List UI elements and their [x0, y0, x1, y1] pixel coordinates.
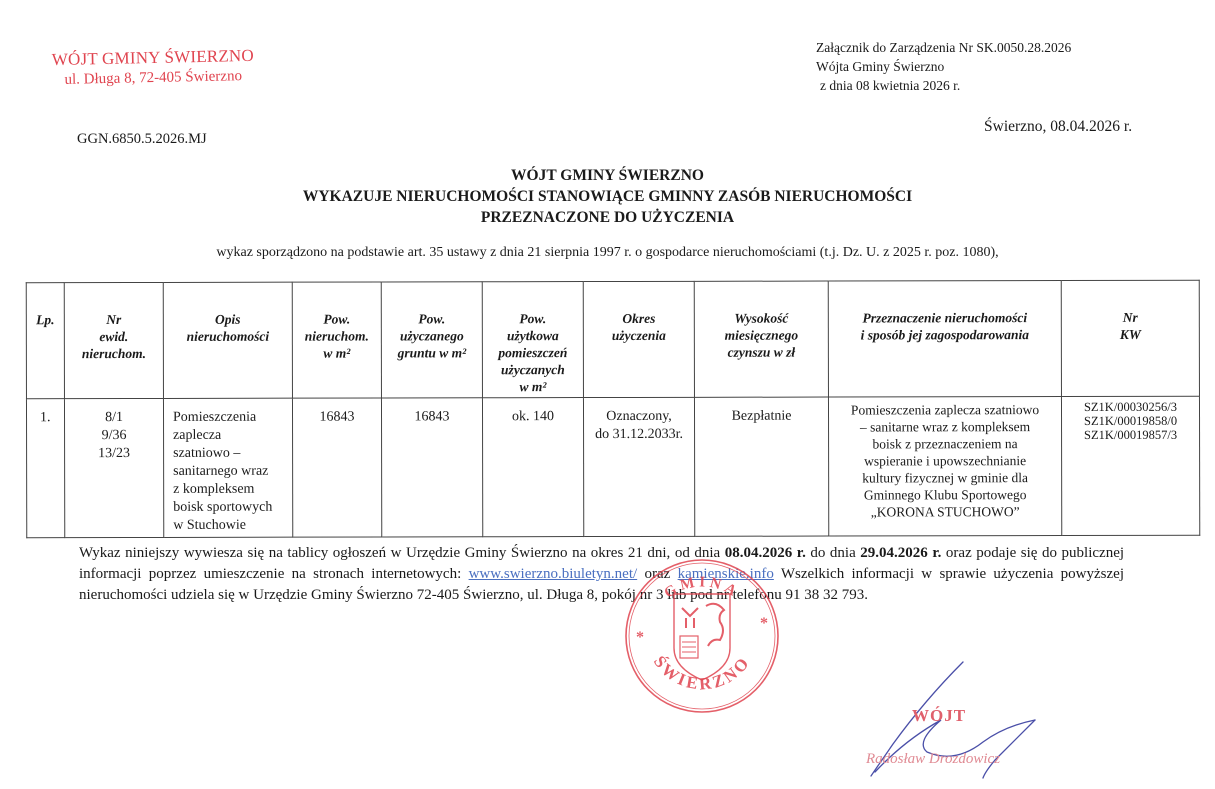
signature-name: Radosław Drozdowicz [866, 751, 1000, 768]
document-heading: WÓJT GMINY ŚWIERZNO WYKAZUJE NIERUCHOMOŚ… [0, 165, 1215, 228]
column-header-usable-area: Pow.użytkowapomieszczeńużyczanychw m² [482, 282, 583, 398]
cell-line: „KORONA STUCHOWO” [829, 503, 1061, 520]
column-header-monthly-rent: Wysokośćmiesięcznegoczynszu w zł [694, 281, 828, 397]
header-line: użyczanego [382, 327, 482, 344]
place-date: Świerzno, 08.04.2026 r. [984, 118, 1132, 136]
cell-line: Pomieszczenia [173, 409, 292, 427]
signature-title: WÓJT [912, 706, 966, 726]
cell-line: sanitarnego wraz [173, 463, 292, 481]
header-line: ewid. [65, 328, 163, 345]
cell-line: kultury fizycznej w gminie dla [829, 469, 1061, 486]
municipal-seal-icon: * * GMINA ŚWIERZNO [622, 556, 782, 716]
header-line: czynszu w zł [695, 344, 828, 361]
cell-line: SZ1K/00019857/3 [1062, 428, 1199, 442]
heading-line-2: WYKAZUJE NIERUCHOMOŚCI STANOWIĄCE GMINNY… [0, 186, 1215, 207]
cell-line: 9/36 [65, 427, 163, 445]
header-line: gruntu w m² [382, 344, 482, 361]
column-header-property-area: Pow.nieruchom.w m² [292, 282, 381, 398]
header-line: i sposób jej zagospodarowania [829, 326, 1061, 343]
svg-text:*: * [636, 629, 644, 646]
stamp-address: ul. Długa 8, 72-405 Świerzno [52, 68, 254, 89]
cell-parcel-numbers: 8/19/3613/23 [64, 398, 163, 537]
header-line: KW [1062, 326, 1199, 343]
header-line: Opis [164, 311, 292, 328]
reference-number: GGN.6850.5.2026.MJ [77, 131, 207, 148]
header-line: użyczenia [584, 327, 694, 344]
annex-line-2: Wójta Gminy Świerzno [816, 57, 1071, 76]
column-header-land-register: NrKW [1061, 280, 1199, 396]
cell-purpose: Pomieszczenia zaplecza szatniowo– sanita… [828, 397, 1061, 536]
cell-lent-land-area: 16843 [381, 398, 482, 537]
column-header-lent-land-area: Pow.użyczanegogruntu w m² [381, 282, 482, 398]
header-line: nieruchom. [293, 327, 381, 344]
header-line: Pow. [382, 310, 482, 327]
cell-line: szatniowo – [173, 445, 292, 463]
table-header-row: Lp.Nrewid.nieruchom.OpisnieruchomościPow… [26, 280, 1199, 398]
column-header-parcel-number: Nrewid.nieruchom. [64, 282, 163, 398]
cell-line: boisk sportowych [173, 499, 292, 517]
svg-text:GMINA: GMINA [662, 574, 743, 601]
column-header-purpose: Przeznaczenie nieruchomościi sposób jej … [828, 281, 1061, 397]
cell-line: SZ1K/00019858/0 [1062, 414, 1199, 428]
annex-note: Załącznik do Zarządzenia Nr SK.0050.28.2… [816, 38, 1071, 95]
cell-lp: 1. [26, 399, 64, 538]
cell-line: Pomieszczenia zaplecza szatniowo [829, 401, 1061, 418]
cell-line: Oznaczony, [584, 408, 694, 426]
header-line: pomieszczeń [483, 344, 583, 361]
cell-line: SZ1K/00030256/3 [1062, 400, 1199, 414]
cell-line: zaplecza [173, 427, 292, 445]
header-line: nieruchom. [65, 345, 163, 362]
cell-usable-area: ok. 140 [482, 398, 583, 537]
header-line: Lp. [27, 311, 64, 328]
heading-line-1: WÓJT GMINY ŚWIERZNO [0, 165, 1215, 186]
office-stamp: WÓJT GMINY ŚWIERZNO ul. Długa 8, 72-405 … [52, 46, 255, 89]
legal-basis: wykaz sporządzono na podstawie art. 35 u… [0, 245, 1215, 261]
cell-land-registers: SZ1K/00030256/3SZ1K/00019858/0SZ1K/00019… [1061, 396, 1199, 535]
cell-line: do 31.12.2033r. [584, 426, 694, 444]
header-line: miesięcznego [695, 327, 828, 344]
header-line: Pow. [483, 310, 583, 327]
cell-lending-period: Oznaczony,do 31.12.2033r. [583, 397, 694, 536]
link-biuletyn[interactable]: www.swierzno.biuletyn.net/ [469, 566, 638, 582]
publication-note: Wykaz niniejszy wywiesza się na tablicy … [79, 543, 1124, 606]
cell-description: Pomieszczeniazapleczaszatniowo –sanitarn… [163, 398, 292, 537]
svg-text:ŚWIERZNO: ŚWIERZNO [650, 652, 754, 694]
cell-line: Gminnego Klubu Sportowego [829, 486, 1061, 503]
stamp-title: WÓJT GMINY ŚWIERZNO [52, 46, 254, 70]
header-line: Nr [65, 311, 163, 328]
header-line: użytkowa [483, 327, 583, 344]
header-line: w m² [483, 378, 583, 395]
cell-line: boisk z przeznaczeniem na [829, 435, 1061, 452]
date-to: 29.04.2026 r. [860, 545, 941, 561]
cell-line: 8/1 [65, 409, 163, 427]
header-line: Nr [1062, 309, 1199, 326]
cell-line: z kompleksem [173, 481, 292, 499]
header-line: Okres [584, 310, 694, 327]
cell-line: w Stuchowie [173, 517, 292, 535]
header-line: Przeznaczenie nieruchomości [829, 309, 1061, 326]
cell-line: wspieranie i upowszechnianie [829, 452, 1061, 469]
table-row: 1.8/19/3613/23Pomieszczeniazapleczaszatn… [26, 396, 1199, 537]
svg-text:*: * [760, 615, 768, 632]
cell-line: 13/23 [65, 445, 163, 463]
footer-text: do dnia [806, 545, 860, 561]
header-line: Wysokość [695, 310, 828, 327]
annex-line-1: Załącznik do Zarządzenia Nr SK.0050.28.2… [816, 38, 1071, 57]
cell-monthly-rent: Bezpłatnie [694, 397, 828, 536]
header-line: nieruchomości [164, 328, 292, 345]
cell-property-area: 16843 [292, 398, 381, 537]
header-line: użyczanych [483, 361, 583, 378]
heading-line-3: PRZEZNACZONE DO UŻYCZENIA [0, 207, 1215, 228]
cell-line: – sanitarne wraz z kompleksem [829, 418, 1061, 435]
annex-line-3: z dnia 08 kwietnia 2026 r. [816, 76, 1071, 95]
column-header-lending-period: Okresużyczenia [583, 281, 694, 397]
property-table: Lp.Nrewid.nieruchom.OpisnieruchomościPow… [26, 280, 1201, 538]
header-line: w m² [293, 344, 381, 361]
header-line: Pow. [293, 310, 381, 327]
column-header-lp: Lp. [26, 283, 64, 399]
column-header-description: Opisnieruchomości [163, 282, 292, 398]
